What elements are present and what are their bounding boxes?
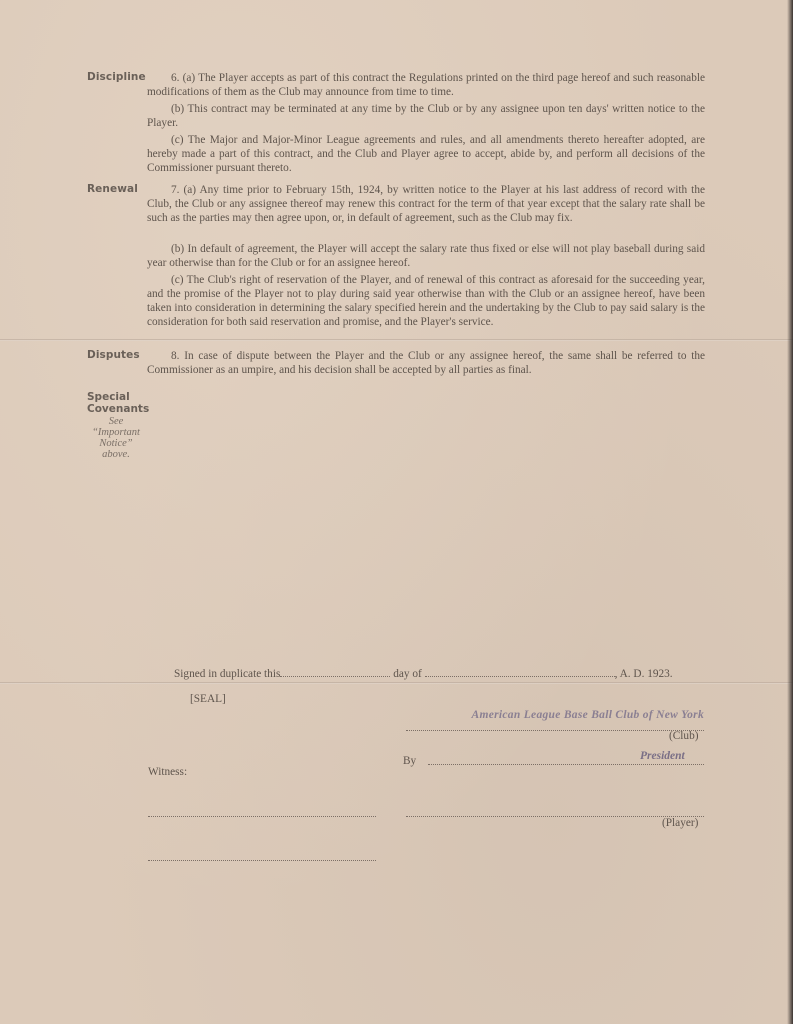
special-covenants-line2: Covenants — [87, 403, 147, 415]
discipline-label: Discipline — [87, 71, 146, 83]
disputes-clause: 8. In case of dispute between the Player… — [147, 349, 705, 377]
renewal-clause-b: (b) In default of agreement, the Player … — [147, 242, 705, 270]
witness-label: Witness: — [148, 766, 187, 778]
discipline-clause-a: 6. (a) The Player accepts as part of thi… — [147, 71, 705, 99]
day-of-label: day of — [393, 668, 422, 680]
note-line4: above. — [87, 449, 145, 460]
page-edge-shadow — [787, 0, 793, 1024]
president-stamp: President — [640, 750, 685, 762]
note-line1: See — [87, 416, 145, 427]
paper-fold-upper — [0, 339, 793, 341]
player-caption: (Player) — [662, 817, 698, 829]
special-covenants-label: Special Covenants — [87, 391, 147, 415]
by-label: By — [403, 755, 416, 767]
club-signature-line[interactable] — [406, 720, 704, 734]
discipline-clause-c: (c) The Major and Major-Minor League agr… — [147, 133, 705, 175]
witness-signature-line-2[interactable] — [148, 850, 376, 864]
renewal-clause-c: (c) The Club's right of reservation of t… — [147, 273, 705, 329]
year-suffix: , A. D. 1923. — [615, 668, 673, 680]
seal: [SEAL] — [190, 693, 226, 705]
signed-in-duplicate-line: Signed in duplicate this day of , A. D. … — [174, 666, 673, 680]
witness-signature-line-1[interactable] — [148, 806, 376, 820]
paper-fold-lower — [0, 682, 793, 684]
discipline-clause-b: (b) This contract may be terminated at a… — [147, 102, 705, 130]
day-field[interactable] — [280, 666, 390, 677]
renewal-label: Renewal — [87, 183, 138, 195]
club-caption: (Club) — [669, 730, 699, 742]
renewal-clause-a: 7. (a) Any time prior to February 15th, … — [147, 183, 705, 225]
note-line2: “Important — [87, 427, 145, 438]
important-notice-reference: See “Important Notice” above. — [87, 416, 145, 460]
month-field[interactable] — [425, 666, 615, 677]
note-line3: Notice” — [87, 438, 145, 449]
signed-prefix: Signed in duplicate this — [174, 668, 280, 680]
disputes-label: Disputes — [87, 349, 140, 361]
player-signature-line[interactable] — [406, 806, 704, 820]
special-covenants-line1: Special — [87, 391, 147, 403]
